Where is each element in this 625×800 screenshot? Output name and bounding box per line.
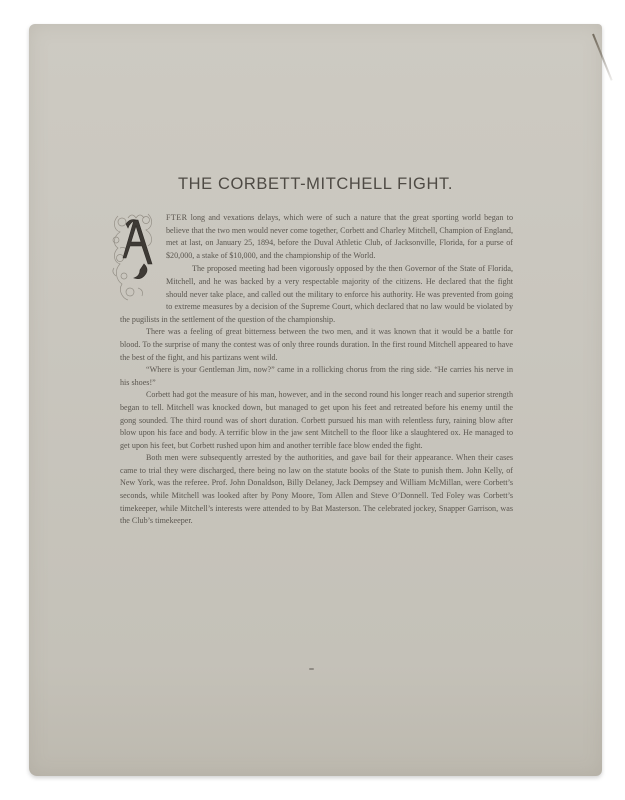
article-body: FTER long and vexations delays, which we… <box>120 212 513 528</box>
paragraph-6: Both men were subsequently arrested by t… <box>120 452 513 528</box>
paper-sheet: THE CORBETT-MITCHELL FIGHT. <box>29 24 602 776</box>
ornamental-initial-icon <box>108 208 160 304</box>
paragraph-1-text: long and vexations delays, which were of… <box>166 213 513 260</box>
lead-word: FTER <box>166 213 187 222</box>
paragraph-5: Corbett had got the measure of his man, … <box>120 389 513 452</box>
paragraph-4: “Where is your Gentleman Jim, now?” came… <box>120 364 513 389</box>
paragraph-2: The proposed meeting had been vigorously… <box>120 263 513 326</box>
paper-blemish <box>309 668 314 670</box>
paragraph-3: There was a feeling of great bitterness … <box>120 326 513 364</box>
paragraph-1: FTER long and vexations delays, which we… <box>120 212 513 262</box>
document-title: THE CORBETT-MITCHELL FIGHT. <box>29 175 602 194</box>
